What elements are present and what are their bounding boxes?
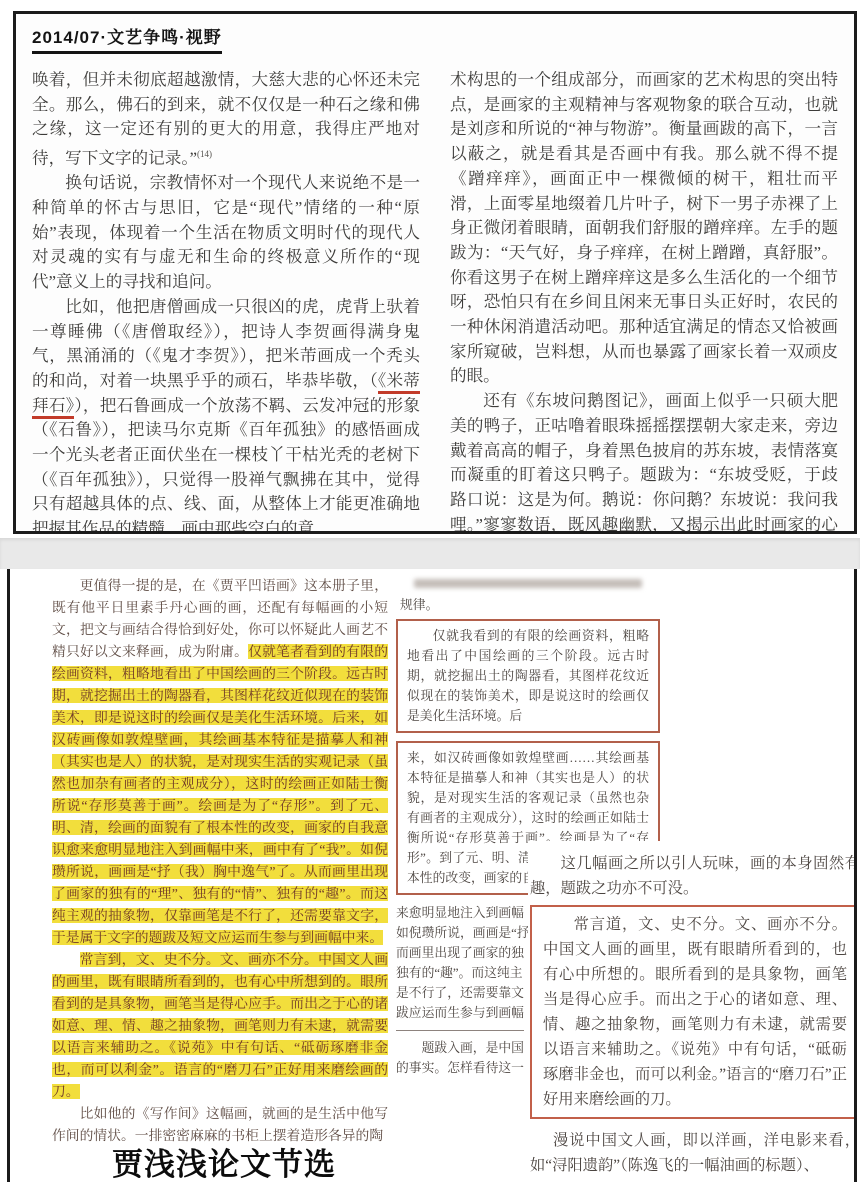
scan-divider [396,1030,524,1031]
paragraph: 还有《东坡问鹅图记》，画面上似乎一只硕大肥美的鸭子，正咕噜着眼珠摇摇摆摆朝大家走… [450,389,838,534]
journal-masthead: 2014/07·文艺争鸣·视野 [32,23,222,54]
journal-left-column: 唤着，但并未彻底超越激情，大慈大悲的心怀还未完全。那么，佛石的到来，就不仅仅是一… [32,68,420,534]
jia-excerpt: 更值得一提的是，在《贾平凹语画》这本册子里，既有他平日里素手丹心画的画，还配有每… [52,575,388,1147]
boxed-paragraph: 仅就我看到的有限的绘画资料，粗略地看出了中国绘画的三个阶段。远古时期，就挖掘出土… [407,626,649,726]
paragraph: 术构思的一个组成部分，而画家的艺术构思的突出特点，是画家的主观精神与客观物象的联… [450,68,838,389]
scanned-article-page: { "header": { "masthead": "2014/07·文艺争鸣·… [0,0,860,1182]
blurred-scan-line [414,579,641,588]
footnote-ref: (14) [197,149,212,159]
paragraph: 常言到，文、史不分。文、画亦不分。中国文人画的画里，既有眼睛所看到的，也有心中所… [52,949,388,1103]
highlighted-text: 常言到，文、史不分。文、画亦不分。中国文人画的画里，既有眼睛所看到的，也有心中所… [52,952,388,1099]
comparison-panel: 更值得一提的是，在《贾平凹语画》这本册子里，既有他平日里素手丹心画的画，还配有每… [7,569,857,1182]
boxed-paragraph: 常言道，文、史不分。文、画亦不分。中国文人画的画里，既有眼睛所看到的，也有心中所… [543,912,847,1112]
caption-jia: 贾浅浅论文节选 [112,1139,336,1182]
paragraph: 换句话说，宗教情怀对一个现代人来说绝不是一种简单的怀古与思旧，它是“现代”情绪的… [32,171,420,295]
highlight-box-1: 仅就我看到的有限的绘画资料，粗略地看出了中国绘画的三个阶段。远古时期，就挖掘出土… [396,619,660,733]
paragraph-text: 唤着，但并未彻底超越激情，大慈大悲的心怀还未完全。那么，佛石的到来，就不仅仅是一… [32,70,420,168]
paragraph: 这几幅画之所以引人玩味，画的本身固然有趣，题跋之功亦不可没。 [530,851,857,901]
highlighted-text: 仅就笔者看到的有限的绘画资料，粗略地看出了中国绘画的三个阶段。远古时期，就挖掘出… [52,644,388,945]
highlight-box-3: 常言道，文、史不分。文、画亦不分。中国文人画的画里，既有眼睛所看到的，也有心中所… [530,905,857,1119]
text-fragment: 规律。 [400,595,660,615]
paragraph: 唤着，但并未彻底超越激情，大慈大悲的心怀还未完全。那么，佛石的到来，就不仅仅是一… [32,68,420,171]
section-gap [0,538,860,569]
paragraph-text: 比如，他把唐僧画成一只很凶的虎，虎背上驮着一尊睡佛（《唐僧取经》），把诗人李贺画… [32,297,420,390]
paragraph: 更值得一提的是，在《贾平凹语画》这本册子里，既有他平日里素手丹心画的画，还配有每… [52,575,388,949]
journal-page: 2014/07·文艺争鸣·视野 唤着，但并未彻底超越激情，大慈大悲的心怀还未完全… [13,11,857,534]
journal-columns: 唤着，但并未彻底超越激情，大慈大悲的心怀还未完全。那么，佛石的到来，就不仅仅是一… [32,68,838,534]
journal-right-column: 术构思的一个组成部分，而画家的艺术构思的突出特点，是画家的主观精神与客观物象的联… [450,68,838,534]
paragraph-text: ），把石鲁画成一个放荡不羁、云发冲冠的形象（《石鲁》），把读马尔克斯《百年孤独》… [32,396,420,534]
han-excerpt-right-part: 这几幅画之所以引人玩味，画的本身固然有趣，题跋之功亦不可没。 常言道，文、史不分… [528,841,857,1178]
paragraph: 比如，他把唐僧画成一只很凶的虎，虎背上驮着一尊睡佛（《唐僧取经》），把诗人李贺画… [32,295,420,534]
paragraph: 漫说中国文人画，即以洋画，洋电影来看，如“浔阳遗韵”（陈逸飞的一幅油画的标题）、 [530,1128,857,1178]
